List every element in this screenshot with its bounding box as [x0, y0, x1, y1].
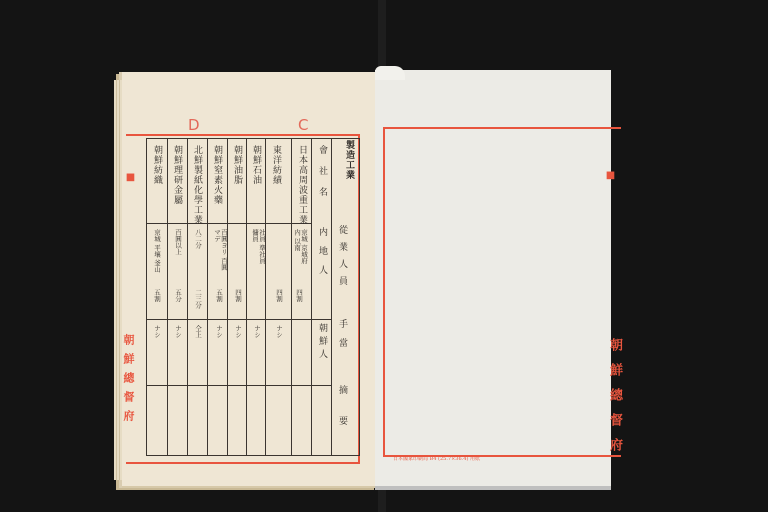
header-workers: 從業人員: [337, 225, 347, 293]
company-name: 東洋紡績: [271, 145, 281, 185]
register-table: 會社名 從業人員 内地人 朝鮮人 手當 摘要 日本高周波重工業 京城 京城府内 …: [146, 138, 360, 456]
company-detail: 百圓ヨリ 百圓マデ: [213, 229, 227, 273]
company-name: 朝鮮理研金屬: [172, 145, 182, 205]
margin-red-mark: ■: [126, 172, 136, 191]
left-page: D C ■ 朝鮮總督府 製造工業 會社名 從業人員 内地人 朝鮮人 手當 摘要 …: [122, 72, 380, 488]
company-wage: 四割: [234, 289, 241, 302]
company-wage: 四割: [275, 289, 282, 302]
company-name: 朝鮮紡織: [152, 145, 162, 185]
pencil-mark-d: D: [188, 116, 200, 134]
pencil-mark-c: C: [298, 116, 308, 134]
company-note: 仝上: [194, 325, 201, 338]
company-note: ナシ: [234, 325, 241, 338]
company-detail: 社員 準社員 傭員: [251, 229, 265, 269]
company-wage: 二三分: [194, 289, 201, 309]
margin-red-mark: ■: [605, 170, 616, 193]
header-company-name: 會社名: [317, 145, 327, 225]
header-notes: 摘要: [337, 385, 347, 447]
printer-note: 日本國家印刷局 B4 (25.7×36.4) 用紙: [393, 455, 480, 462]
company-detail: 京城 京城府内 以南: [293, 229, 307, 269]
company-detail: 八二分: [194, 229, 201, 249]
company-detail: 京城 平壤 釜山: [153, 229, 160, 272]
company-wage: 五分: [174, 289, 181, 302]
company-note: ナシ: [275, 325, 282, 338]
company-name: 朝鮮石油: [251, 145, 261, 185]
company-wage: 五割: [215, 289, 222, 302]
company-name: 朝鮮窒素火藥: [212, 145, 222, 205]
margin-red-text: 朝鮮總督府: [126, 334, 136, 429]
company-note: ナシ: [215, 325, 222, 338]
company-wage: 四割: [295, 289, 302, 302]
red-border-frame: [383, 127, 621, 457]
header-workers-chosen: 朝鮮人: [317, 323, 327, 362]
company-note: ナシ: [153, 325, 160, 338]
header-wages: 手當: [337, 319, 347, 357]
company-detail: 百圓以上: [174, 229, 181, 255]
page-bottom-edge: [375, 486, 611, 490]
company-note: ナシ: [253, 325, 260, 338]
company-name: 朝鮮油脂: [232, 145, 242, 185]
page-curl: [375, 66, 405, 80]
header-workers-naichi: 内地人: [317, 227, 327, 284]
right-page: ■ 朝鮮總督府 日本國家印刷局 B4 (25.7×36.4) 用紙: [375, 70, 611, 488]
margin-red-text: 朝鮮總督府: [605, 338, 624, 463]
company-wage: 五割: [153, 289, 160, 302]
company-name: 日本高周波重工業: [297, 145, 307, 225]
company-note: ナシ: [174, 325, 181, 338]
company-name: 北鮮製紙化學工業: [192, 145, 202, 225]
